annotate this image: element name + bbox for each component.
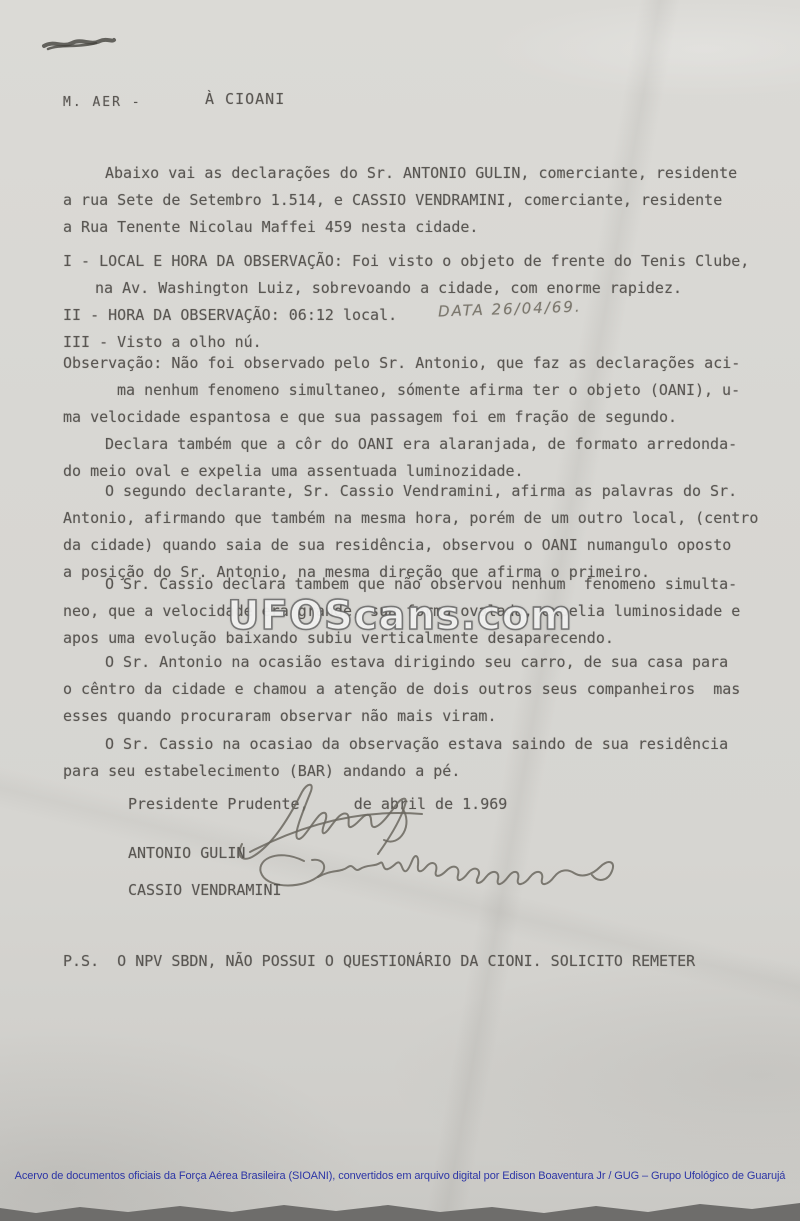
intro-paragraph: Abaixo vai as declarações do Sr. ANTONIO… — [63, 160, 763, 241]
postscript-line: P.S. O NPV SBDN, NÃO POSSUI O QUESTIONÁR… — [63, 948, 763, 975]
typed-line: P.S. O NPV SBDN, NÃO POSSUI O QUESTIONÁR… — [63, 948, 763, 975]
second-declarant-paragraph: O segundo declarante, Sr. Cassio Vendram… — [63, 478, 763, 586]
typed-line: Abaixo vai as declarações do Sr. ANTONIO… — [63, 160, 763, 187]
typed-line: O segundo declarante, Sr. Cassio Vendram… — [63, 478, 763, 505]
watermark-ufoscans: UFOScans.com — [227, 593, 573, 639]
document-page: M. AER - À CIOANI Abaixo vai as declaraç… — [0, 0, 800, 1221]
typed-line: o cêntro da cidade e chamou a atenção de… — [63, 676, 763, 703]
antonio-driving-paragraph: O Sr. Antonio na ocasião estava dirigind… — [63, 649, 763, 730]
document-header: M. AER - À CIOANI — [63, 88, 763, 116]
typed-line: O Sr. Antonio na ocasião estava dirigind… — [63, 649, 763, 676]
section-hora-line: II - HORA DA OBSERVAÇÃO: 06:12 local. — [63, 302, 763, 329]
declarant-name-cassio: CASSIO VENDRAMINI — [128, 877, 528, 904]
document-title: À CIOANI — [205, 86, 285, 113]
typed-line: Antonio, afirmando que também na mesma h… — [63, 505, 763, 532]
typed-line: CASSIO VENDRAMINI — [128, 877, 528, 904]
typed-line: ma nenhum fenomeno simultaneo, sómente a… — [63, 377, 763, 404]
typed-line: ma velocidade espantosa e que sua passag… — [63, 404, 763, 431]
typed-line: esses quando procuraram observar não mai… — [63, 703, 763, 730]
typed-line: a Rua Tenente Nicolau Maffei 459 nesta c… — [63, 214, 763, 241]
typed-line: na Av. Washington Luiz, sobrevoando a ci… — [63, 275, 763, 302]
ink-smudge-mark — [38, 30, 118, 60]
section-local-hora-line: I - LOCAL E HORA DA OBSERVAÇÃO: Foi vist… — [63, 248, 763, 275]
scanned-document: { "doc": { "header": { "org": "M. AER -"… — [0, 0, 800, 1221]
cassio-walking-paragraph: O Sr. Cassio na ocasiao da observação es… — [63, 731, 763, 785]
typed-line: a rua Sete de Setembro 1.514, e CASSIO V… — [63, 187, 763, 214]
observacao-paragraph: Observação: Não foi observado pelo Sr. A… — [63, 350, 763, 485]
archive-footer-caption: Acervo de documentos oficiais da Força A… — [0, 1169, 800, 1183]
typed-line: O Sr. Cassio na ocasiao da observação es… — [63, 731, 763, 758]
typed-line: Observação: Não foi observado pelo Sr. A… — [63, 350, 763, 377]
typed-line: Declara também que a côr do OANI era ala… — [63, 431, 763, 458]
header-org-label: M. AER - — [63, 95, 142, 110]
typed-line: da cidade) quando saia de sua residência… — [63, 532, 763, 559]
numbered-sections: I - LOCAL E HORA DA OBSERVAÇÃO: Foi vist… — [63, 248, 763, 356]
